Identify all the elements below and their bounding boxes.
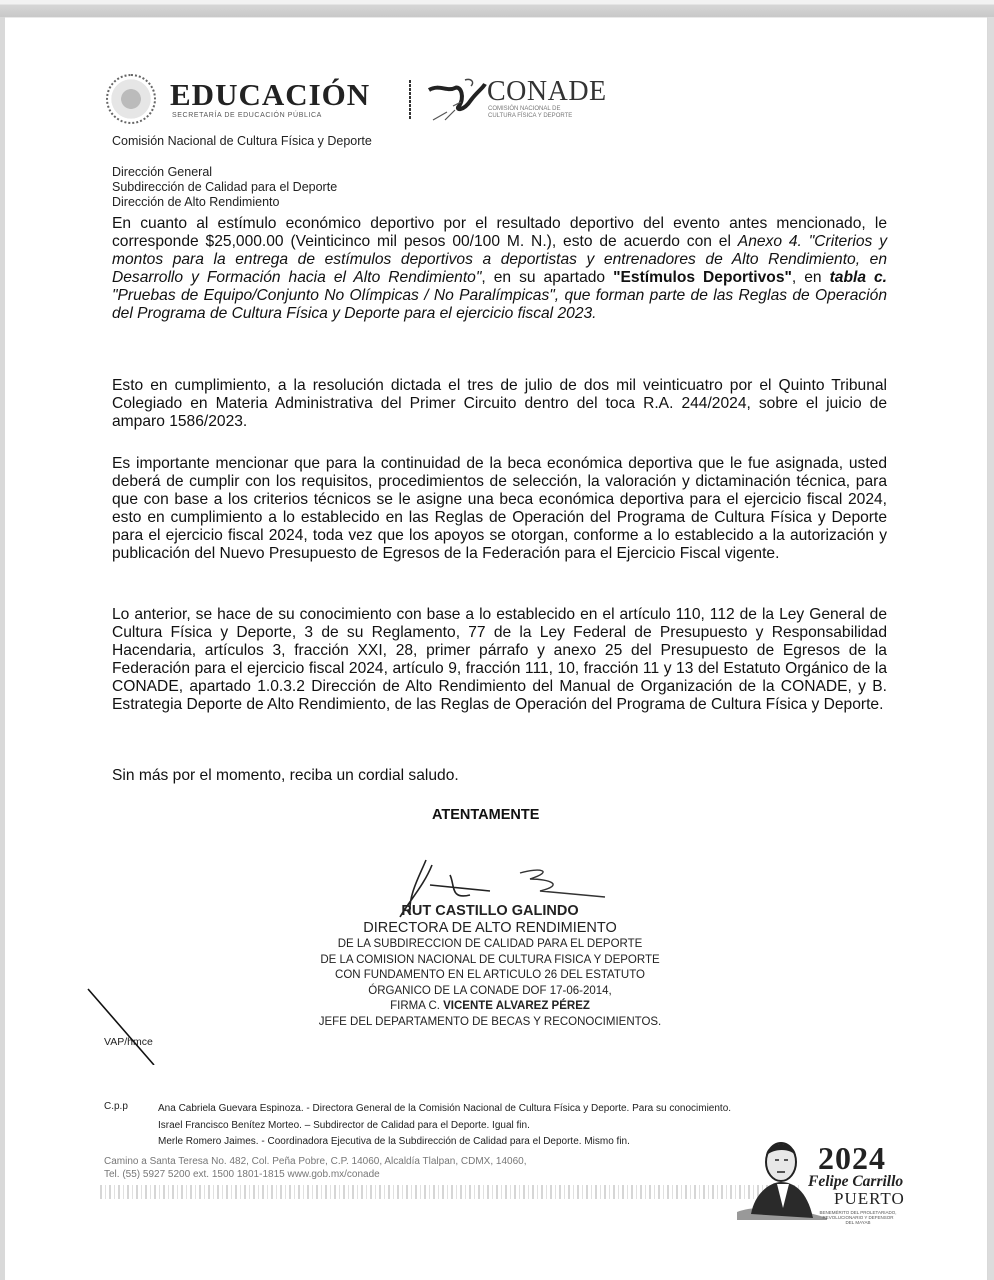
logo-divider xyxy=(409,80,411,120)
contact-line: Tel. (55) 5927 5200 ext. 1500 1801-1815 … xyxy=(104,1168,526,1181)
closing-salutation: ATENTAMENTE xyxy=(432,807,539,823)
signature-detail-line: CON FUNDAMENTO EN EL ARTICULO 26 DEL EST… xyxy=(270,968,710,984)
table-title: "Pruebas de Equipo/Conjunto No Olímpicas… xyxy=(112,287,887,322)
directorate-line: Subdirección de Calidad para el Deporte xyxy=(112,180,337,195)
text-run: , en xyxy=(792,269,830,286)
cc-item: Israel Francisco Benítez Morteo. – Subdi… xyxy=(158,1118,731,1135)
paragraph-scholarship: Es importante mencionar que para la cont… xyxy=(112,455,887,563)
viewer-top-bar xyxy=(0,0,994,17)
table-reference: tabla c. xyxy=(830,269,887,286)
mexico-seal-icon xyxy=(106,74,156,124)
signed-by-role: JEFE DEL DEPARTAMENTO DE BECAS Y RECONOC… xyxy=(270,1015,710,1031)
directorate-line: Dirección de Alto Rendimiento xyxy=(112,195,337,210)
cc-item: Ana Cabriela Guevara Espinoza. - Directo… xyxy=(158,1101,731,1118)
cc-item: Merle Romero Jaimes. - Coordinadora Ejec… xyxy=(158,1134,731,1151)
education-logo-subtitle: SECRETARÍA DE EDUCACIÓN PÚBLICA xyxy=(172,112,322,119)
section-reference: "Estímulos Deportivos" xyxy=(613,269,792,286)
cc-label: C.p.p xyxy=(104,1101,128,1112)
footer-pattern xyxy=(100,1185,800,1199)
paragraph-stimulus: En cuanto al estímulo económico deportiv… xyxy=(112,215,887,323)
conade-emblem-icon xyxy=(425,76,487,124)
signature-block: RUT CASTILLO GALINDO DIRECTORA DE ALTO R… xyxy=(270,903,710,1030)
year-badge-surname: PUERTO xyxy=(834,1189,905,1209)
signature-detail-line: DE LA COMISION NACIONAL DE CULTURA FISIC… xyxy=(270,953,710,969)
signature-detail-line: DE LA SUBDIRECCION DE CALIDAD PARA EL DE… xyxy=(270,937,710,953)
directorate-line: Dirección General xyxy=(112,165,337,180)
year-badge-caption: BENEMÉRITO DEL PROLETARIADO, REVOLUCIONA… xyxy=(818,1210,898,1225)
cc-list: Ana Cabriela Guevara Espinoza. - Directo… xyxy=(158,1101,731,1151)
paragraph-farewell: Sin más por el momento, reciba un cordia… xyxy=(112,767,887,785)
year-badge-number: 2024 xyxy=(818,1140,886,1177)
commission-name: Comisión Nacional de Cultura Física y De… xyxy=(112,134,372,148)
signature-detail-line: ÓRGANICO DE LA CONADE DOF 17-06-2014, xyxy=(270,984,710,1000)
text-run: , en su apartado xyxy=(481,269,613,286)
paragraph-legal-basis: Lo anterior, se hace de su conocimiento … xyxy=(112,606,887,714)
signatory-name: RUT CASTILLO GALINDO xyxy=(270,903,710,920)
education-logo-title: EDUCACIÓN xyxy=(170,77,370,113)
signed-by-line: FIRMA C. VICENTE ALVAREZ PÉREZ xyxy=(270,999,710,1015)
conade-logo-title: CONADE xyxy=(487,76,607,108)
paragraph-resolution: Esto en cumplimiento, a la resolución di… xyxy=(112,377,887,431)
strike-line-icon xyxy=(86,985,176,1065)
directorate-list: Dirección General Subdirección de Calida… xyxy=(112,165,337,210)
page-edge-shadow xyxy=(988,17,994,1280)
footer-address: Camino a Santa Teresa No. 482, Col. Peña… xyxy=(104,1155,526,1181)
address-line: Camino a Santa Teresa No. 482, Col. Peña… xyxy=(104,1155,526,1168)
signatory-role: DIRECTORA DE ALTO RENDIMIENTO xyxy=(270,920,710,937)
conade-logo-subtitle: COMISIÓN NACIONAL DE CULTURA FÍSICA Y DE… xyxy=(488,106,578,120)
signed-by-name: VICENTE ALVAREZ PÉREZ xyxy=(443,1000,590,1012)
reference-initials: VAP/hmce xyxy=(104,1036,153,1048)
signed-by-prefix: FIRMA C. xyxy=(390,1000,443,1012)
